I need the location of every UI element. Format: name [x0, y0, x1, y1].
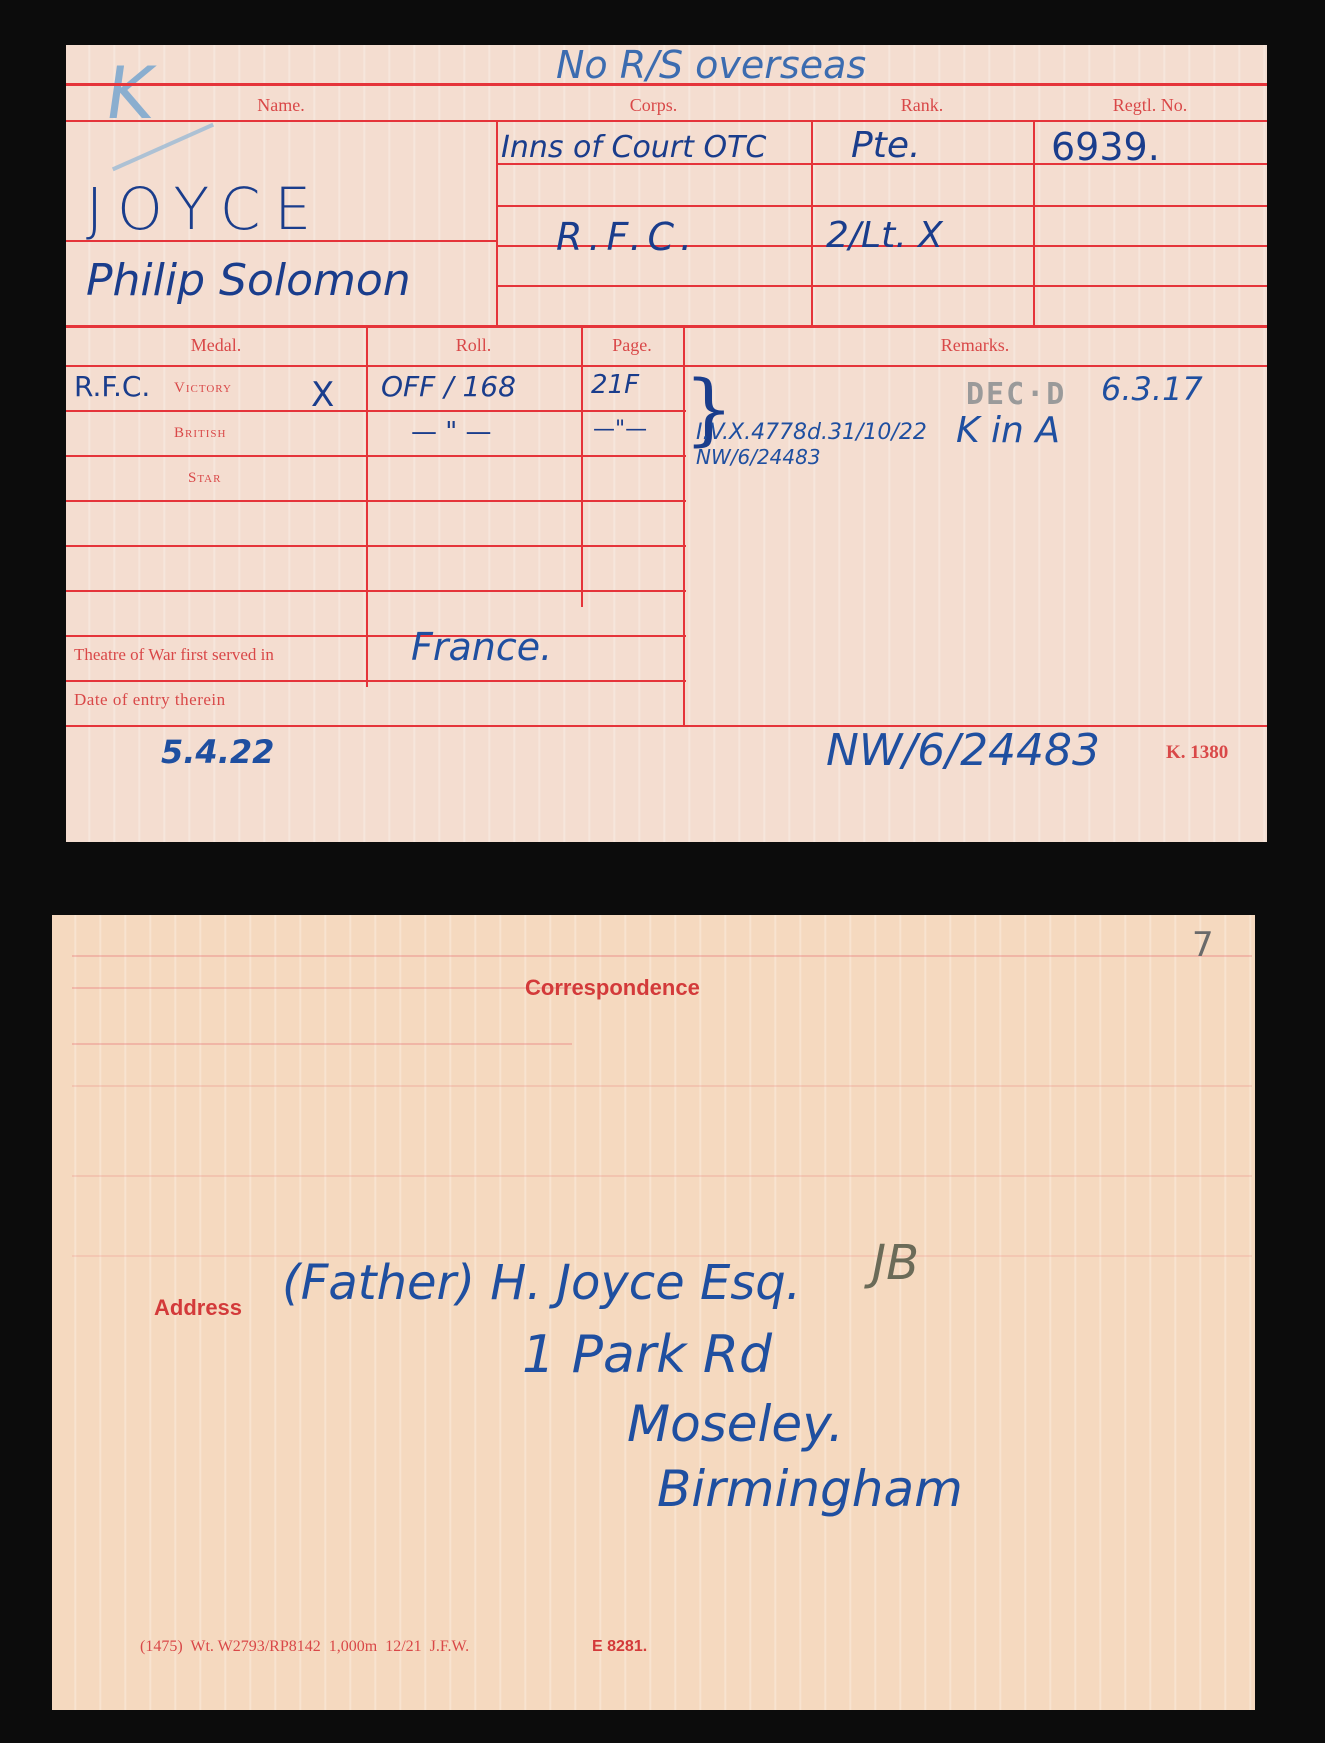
printer-code: E 8281. [592, 1638, 647, 1656]
rule [496, 205, 1267, 207]
divider-rank-regtl [1033, 120, 1035, 327]
date-entry-value: 5.4.22 [161, 733, 274, 771]
rule-top [66, 83, 1267, 86]
rule-medal-header [66, 365, 1267, 367]
address-line-3: Moseley. [627, 1395, 844, 1453]
divider-medal-roll [366, 327, 368, 687]
address-label: Address [154, 1295, 242, 1321]
medal-card-back: Correspondence 7 Address (Father) H. Joy… [52, 915, 1255, 1710]
forenames: Philip Solomon [86, 255, 411, 306]
rule [66, 410, 686, 412]
annotation-no-rs-overseas: No R/S overseas [556, 43, 866, 87]
rule [66, 680, 686, 682]
medal-victory: Victory [174, 380, 232, 397]
faint-rule [72, 1175, 1252, 1177]
rule [66, 455, 686, 457]
medal-british-page: —"— [593, 417, 647, 442]
remarks-line-2: NW/6/24483 [696, 445, 821, 469]
header-page: Page. [581, 335, 683, 356]
surname: JOYCE [86, 175, 325, 243]
initials: JB [872, 1235, 919, 1291]
remarks-kia: K in A [956, 410, 1060, 451]
medal-british: British [174, 425, 226, 442]
divider-roll-page [581, 327, 583, 607]
faint-rule [72, 987, 572, 989]
date-entry-label: Date of entry therein [74, 690, 226, 710]
reference-number: NW/6/24483 [826, 725, 1100, 776]
medal-victory-page: 21F [591, 370, 639, 400]
pencil-mark: K [100, 51, 159, 135]
theatre-label: Theatre of War first served in [74, 645, 274, 665]
form-number: K. 1380 [1166, 742, 1228, 764]
rule [66, 545, 686, 547]
printer-line: (1475) Wt. W2793/RP8142 1,000m 12/21 J.F… [140, 1638, 469, 1656]
corner-mark: 7 [1192, 925, 1214, 965]
rank-2: 2/Lt. X [826, 215, 943, 256]
faint-rule [72, 955, 1252, 957]
corps-1: Inns of Court OTC [501, 130, 766, 165]
remarks-date: 6.3.17 [1101, 370, 1203, 408]
rule [66, 635, 686, 637]
remarks-stamp: DEC·D [966, 377, 1066, 412]
corps-2: R.F.C. [556, 215, 698, 259]
header-roll: Roll. [366, 335, 581, 356]
regtl-no-1: 6939. [1051, 125, 1160, 169]
rule-mid [66, 325, 1267, 328]
address-line-2: 1 Park Rd [522, 1325, 772, 1385]
correspondence-title: Correspondence [525, 975, 700, 1001]
medal-victory-mark: X [311, 375, 334, 415]
rule-header [66, 120, 1267, 122]
medal-victory-roll: OFF / 168 [381, 370, 516, 403]
header-medal: Medal. [66, 335, 366, 356]
address-line-4: Birmingham [657, 1460, 963, 1518]
medal-unit: R.F.C. [74, 370, 150, 403]
divider-name-corps [496, 120, 498, 327]
medal-card-front: K No R/S overseas Name. Corps. Rank. Reg… [66, 45, 1267, 842]
faint-rule [72, 1085, 1252, 1087]
rule [496, 285, 1267, 287]
header-regtl-no: Regtl. No. [1033, 95, 1267, 116]
header-corps: Corps. [496, 95, 811, 116]
header-remarks: Remarks. [683, 335, 1267, 356]
rule [66, 500, 686, 502]
rank-1: Pte. [851, 125, 920, 166]
header-rank: Rank. [811, 95, 1033, 116]
medal-british-roll: — " — [411, 417, 492, 447]
faint-rule [72, 1043, 572, 1045]
address-line-1: (Father) H. Joyce Esq. [282, 1255, 801, 1311]
theatre-value: France. [411, 625, 552, 669]
medal-star: Star [188, 470, 221, 487]
remarks-line-1: I.V.X.4778d.31/10/22 [696, 420, 927, 445]
header-name: Name. [66, 95, 496, 116]
rule [66, 590, 686, 592]
divider-corps-rank [811, 120, 813, 327]
